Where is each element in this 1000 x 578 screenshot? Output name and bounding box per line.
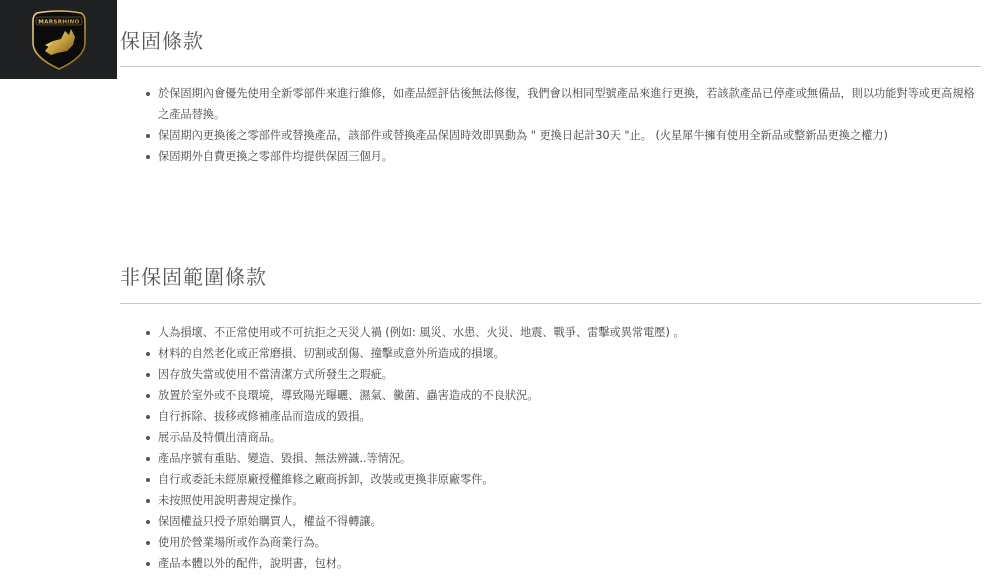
list-item: 因存放失當或使用不當清潔方式所發生之瑕疵。 [146,364,981,385]
list-item: 人為損壞、不正常使用或不可抗拒之天災人禍 (例如: 風災、水患、火災、地震、戰爭… [146,322,981,343]
list-item: 產品序號有重貼、變造、毀損、無法辨識..等情況。 [146,448,981,469]
section-divider [120,66,981,67]
list-item: 自行或委託未經原廠授權維修之廠商拆卸，改裝或更換非原廠零件。 [146,469,981,490]
list-item: 材料的自然老化或正常磨損、切割或刮傷、撞擊或意外所造成的損壞。 [146,343,981,364]
list-item: 保固期外自費更換之零部件均提供保固三個月。 [146,146,981,167]
list-item: 保固權益只授予原始購買人，權益不得轉讓。 [146,511,981,532]
rhino-shield-logo-icon: MARSRHINO [31,9,87,71]
warranty-terms-section: 保固條款 於保固期內會優先使用全新零部件來進行維修，如產品經評估後無法修復，我們… [120,26,981,167]
warranty-terms-list: 於保固期內會優先使用全新零部件來進行維修，如產品經評估後無法修復，我們會以相同型… [120,83,981,167]
list-item: 放置於室外或不良環境，導致陽光曝曬、濕氣、黴菌、蟲害造成的不良狀況。 [146,385,981,406]
list-item: 產品本體以外的配件，說明書，包材。 [146,553,981,574]
list-item: 自行拆除、拔移或修補產品而造成的毀損。 [146,406,981,427]
section-divider [120,303,981,304]
list-item: 使用於營業場所或作為商業行為。 [146,532,981,553]
non-warranty-title: 非保固範圍條款 [120,262,981,292]
list-item: 未按照使用說明書規定操作。 [146,490,981,511]
list-item: 於保固期內會優先使用全新零部件來進行維修，如產品經評估後無法修復，我們會以相同型… [146,83,981,125]
svg-text:MARSRHINO: MARSRHINO [38,19,79,25]
brand-logo[interactable]: MARSRHINO [0,0,117,79]
warranty-page: MARSRHINO 保固條款 於保固期內會優先使用全新零部件來進行維修，如產品經… [0,0,1000,578]
non-warranty-terms-list: 人為損壞、不正常使用或不可抗拒之天災人禍 (例如: 風災、水患、火災、地震、戰爭… [120,322,981,574]
non-warranty-terms-section: 非保固範圍條款 人為損壞、不正常使用或不可抗拒之天災人禍 (例如: 風災、水患、… [120,262,981,574]
warranty-title: 保固條款 [120,26,981,56]
list-item: 保固期內更換後之零部件或替換產品，該部件或替換產品保固時效即異動為 " 更換日起… [146,125,981,146]
list-item: 展示品及特價出清商品。 [146,427,981,448]
